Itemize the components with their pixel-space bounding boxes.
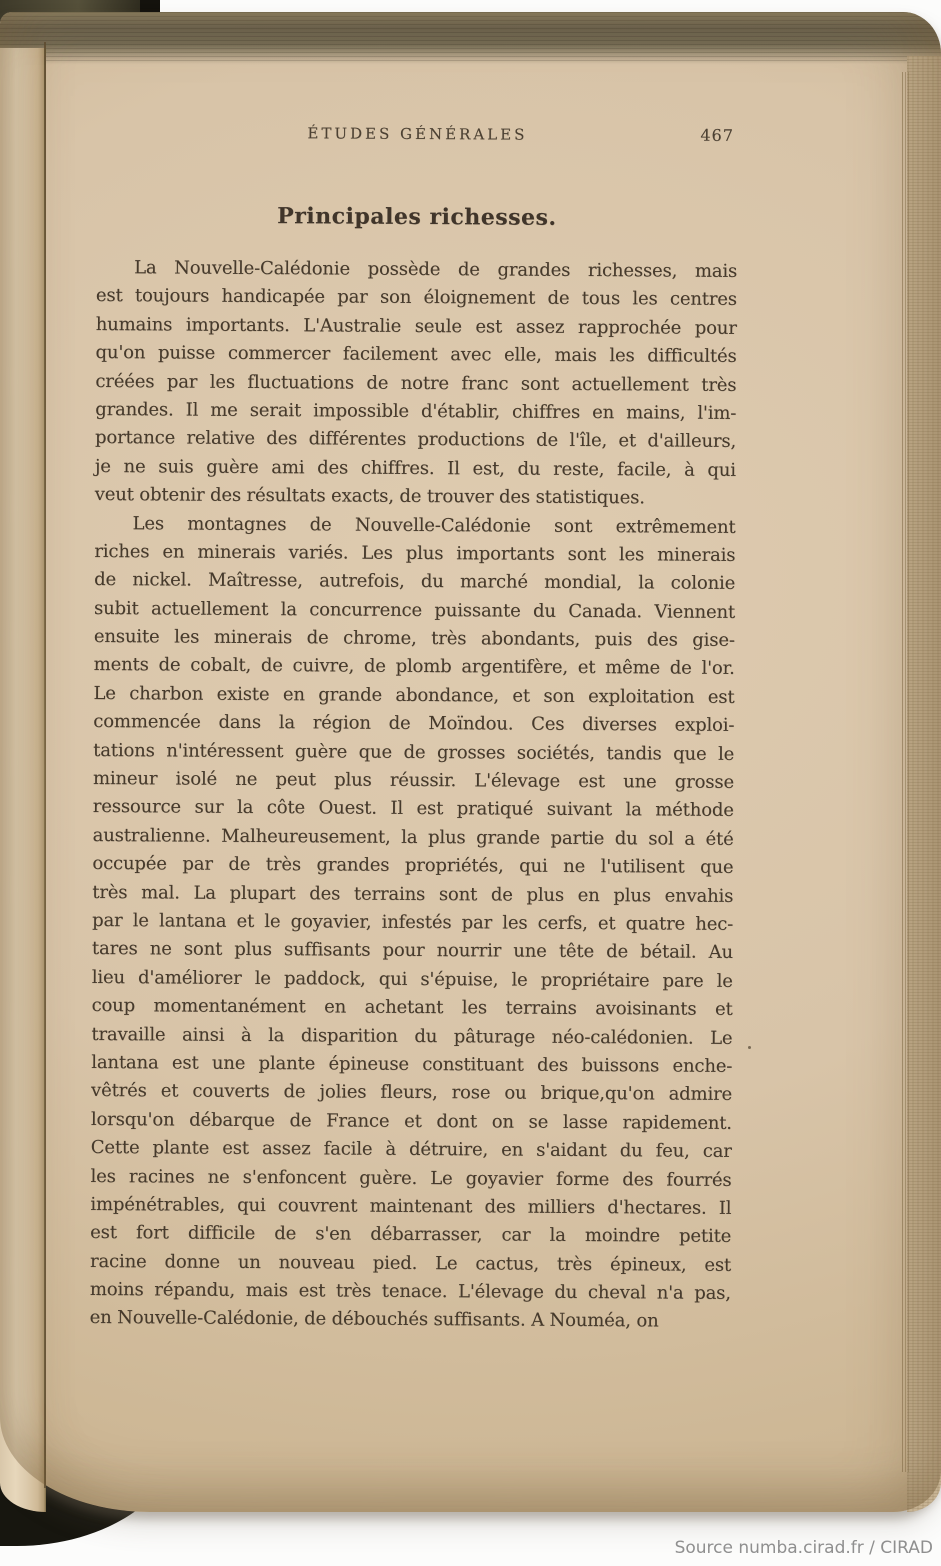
text-line: très mal. La plupart des terrains sont d…	[92, 879, 733, 911]
running-header-row: ÉTUDES GÉNÉRALES 467	[97, 122, 738, 146]
text-line: qu'on puisse commercer facilement avec e…	[95, 339, 736, 371]
text-line: les racines ne s'enfoncent guère. Le goy…	[90, 1162, 731, 1194]
text-line: en Nouvelle-Calédonie, de débouchés suff…	[90, 1304, 731, 1336]
text-line: lieu d'améliorer le paddock, qui s'épuis…	[92, 964, 733, 996]
text-line: portance relative des différentes produc…	[95, 424, 736, 456]
page-fore-edge-lines	[902, 72, 909, 1472]
page-gutter-edge	[0, 48, 46, 1512]
text-line: humains importants. L'Australie seule es…	[96, 311, 737, 343]
text-line: coup momentanément en achetant les terra…	[92, 992, 733, 1024]
text-line: Les montagnes de Nouvelle-Calédonie sont…	[94, 510, 735, 542]
text-line: de nickel. Maîtresse, autrefois, du marc…	[94, 566, 735, 598]
text-line: Le charbon existe en grande abondance, e…	[93, 680, 734, 712]
text-line: commencée dans la région de Moïndou. Ces…	[93, 708, 734, 740]
text-line: est fort difficile de s'en débarrasser, …	[90, 1219, 731, 1251]
text-line: travaille ainsi à la disparition du pâtu…	[91, 1021, 732, 1053]
text-line: australienne. Malheureusement, la plus g…	[93, 822, 734, 854]
page-fore-edge	[907, 56, 941, 1512]
page-top-edge-band	[0, 12, 941, 64]
text-line: tations n'intéressent guère que de gross…	[93, 737, 734, 769]
text-line: tares ne sont plus suffisants pour nourr…	[92, 935, 733, 967]
section-heading: Principales richesses.	[96, 200, 737, 234]
text-line: La Nouvelle-Calédonie possède de grandes…	[96, 254, 737, 286]
text-line: veut obtenir des résultats exacts, de tr…	[95, 481, 736, 513]
text-line: par le lantana et le goyavier, infestés …	[92, 907, 733, 939]
paragraph: Les montagnes de Nouvelle-Calédonie sont…	[90, 510, 736, 1337]
text-line: ensuite les minerais de chrome, très abo…	[94, 623, 735, 655]
printed-content: ÉTUDES GÉNÉRALES 467 Principales richess…	[90, 122, 738, 1337]
text-line: Cette plante est assez facile à détruire…	[91, 1134, 732, 1166]
text-line: lorsqu'on débarque de France et dont on …	[91, 1106, 732, 1138]
page-gutter-crease	[44, 42, 46, 1488]
text-line: vêtrés et couverts de jolies fleurs, ros…	[91, 1077, 732, 1109]
text-line: lantana est une plante épineuse constitu…	[91, 1049, 732, 1081]
body-text: La Nouvelle-Calédonie possède de grandes…	[90, 254, 738, 1337]
text-line: subit actuellement la concurrence puissa…	[94, 595, 735, 627]
text-line: je ne suis guère ami des chiffres. Il es…	[95, 453, 736, 485]
text-line: impénétrables, qui couvrent maintenant d…	[90, 1191, 731, 1223]
running-header: ÉTUDES GÉNÉRALES	[307, 124, 527, 143]
text-line: est toujours handicapée par son éloignem…	[96, 282, 737, 314]
text-line: moins répandu, mais est très tenace. L'é…	[90, 1276, 731, 1308]
text-line: mineur isolé ne peut plus réussir. L'éle…	[93, 765, 734, 797]
text-line: créées par les fluctuations de notre fra…	[95, 368, 736, 400]
text-line: ressource sur la côte Ouest. Il est prat…	[93, 793, 734, 825]
ink-speck	[748, 1046, 751, 1049]
source-watermark: Source numba.cirad.fr / CIRAD	[675, 1538, 933, 1558]
paragraph: La Nouvelle-Calédonie possède de grandes…	[95, 254, 738, 513]
text-line: riches en minerais variés. Les plus impo…	[94, 538, 735, 570]
text-line: occupée par de très grandes propriétés, …	[92, 850, 733, 882]
page-number: 467	[700, 126, 734, 146]
text-line: grandes. Il me serait impossible d'établ…	[95, 396, 736, 428]
text-line: ments de cobalt, de cuivre, de plomb arg…	[94, 651, 735, 683]
text-line: racine donne un nouveau pied. Le cactus,…	[90, 1248, 731, 1280]
scan-background: { "book_page": { "running_header": "ÉTUD…	[0, 0, 941, 1566]
